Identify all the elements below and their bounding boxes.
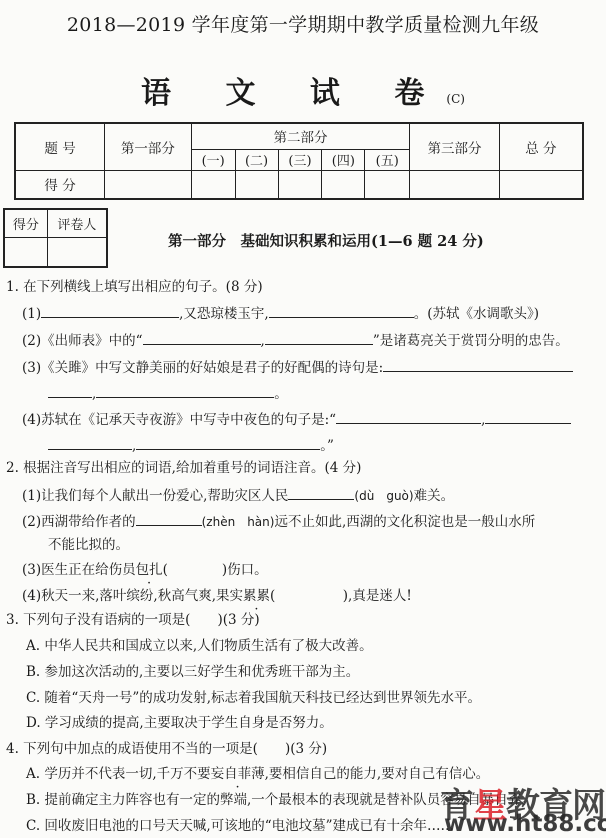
q1-s4-blank1[interactable] bbox=[336, 409, 481, 424]
score-cell-total[interactable] bbox=[499, 170, 583, 199]
q2-s4-text: (4)秋天一来,落叶缤纷,秋高气爽,果实 bbox=[22, 588, 243, 604]
q1-s1-blank1[interactable] bbox=[41, 303, 179, 318]
q1-stem: 1. 在下列横线上填写出相应的句子。(8 分) bbox=[6, 278, 263, 296]
q1-s4-end: 。” bbox=[320, 438, 334, 454]
q1-line4b: ,。” bbox=[48, 435, 334, 455]
q1-s2-label: (2)《出师表》中的“ bbox=[22, 333, 143, 349]
q1-s1-text: ,又恐琼楼玉宇, bbox=[179, 306, 269, 322]
q1-s4-blank3[interactable] bbox=[48, 435, 132, 450]
score-cell-part2-5[interactable] bbox=[365, 170, 410, 199]
q3-option-d[interactable]: D. 学习成绩的提高,主要取决于学生自身是否努力。 bbox=[26, 714, 333, 732]
q2-s2-pinyin: (zhèn hàn) bbox=[202, 515, 275, 529]
q2-line2b: 不能比拟的。 bbox=[48, 536, 129, 554]
q2-s2-blank[interactable] bbox=[136, 511, 202, 526]
header-part2-sub1: (一) bbox=[191, 149, 235, 170]
q1-line3b: ,。 bbox=[48, 383, 288, 403]
header-part3: 第三部分 bbox=[410, 123, 500, 170]
q1-s3-label: (3)《关雎》中写文静美丽的好姑娘是君子的好配偶的诗句是: bbox=[22, 360, 383, 376]
q1-s2-blank2[interactable] bbox=[265, 330, 373, 345]
q4-option-c[interactable]: C. 回收废旧电池的口号天天喊,可该地的“电池坟墓”建成已有十余年…… bbox=[26, 817, 454, 835]
q1-line2: (2)《出师表》中的“,”是诸葛亮关于赏罚分明的忠告。 bbox=[22, 330, 569, 350]
row-label-score: 得 分 bbox=[15, 170, 105, 199]
q1-s4-blank4[interactable] bbox=[136, 435, 320, 450]
q1-line4: (4)苏轼在《记承天寺夜游》中写寺中夜色的句子是:“, bbox=[22, 409, 571, 429]
q1-s4-label: (4)苏轼在《记承天寺夜游》中写寺中夜色的句子是:“ bbox=[22, 412, 336, 428]
q2-s1-blank[interactable] bbox=[288, 485, 354, 500]
score-cell-part2-4[interactable] bbox=[322, 170, 365, 199]
watermark-url: www.ht88.com bbox=[444, 811, 606, 837]
q1-s1-blank2[interactable] bbox=[269, 303, 414, 318]
score-cell-part2-1[interactable] bbox=[191, 170, 235, 199]
header-part2-sub3: (三) bbox=[278, 149, 322, 170]
header-part1: 第一部分 bbox=[105, 123, 192, 170]
q1-s3-end: 。 bbox=[274, 386, 288, 402]
q2-line1: (1)让我们每个人献出一份爱心,帮助灾区人民(dù guò)难关。 bbox=[22, 485, 454, 505]
q3-option-b[interactable]: B. 参加这次活动的,主要以三好学生和优秀班干部为主。 bbox=[26, 663, 359, 681]
q2-s4-end: ( ),真是迷人! bbox=[270, 588, 412, 604]
q1-s3-blank3[interactable] bbox=[96, 383, 274, 398]
q1-s3-blank2[interactable] bbox=[48, 383, 92, 398]
q3-option-a[interactable]: A. 中华人民共和国成立以来,人们物质生活有了极大改善。 bbox=[26, 637, 373, 655]
exam-title: 语 文 试 卷(C) bbox=[0, 68, 606, 112]
q2-stem: 2. 根据注音写出相应的词语,给加着重号的词语注音。(4 分) bbox=[6, 459, 361, 477]
watermark: 育星教育网 www.ht88.com bbox=[440, 778, 606, 838]
q2-s1-text: (1)让我们每个人献出一份爱心,帮助灾区人民 bbox=[22, 488, 288, 504]
q2-line4: (4)秋天一来,落叶缤纷,秋高气爽,果实累累( ),真是迷人! bbox=[22, 587, 412, 605]
q1-s1-label: (1) bbox=[22, 306, 41, 322]
q2-s1-end: 难关。 bbox=[414, 488, 455, 504]
q1-line1: (1),又恐琼楼玉宇,。(苏轼《水调歌头》) bbox=[22, 303, 539, 323]
grader-name-label: 评卷人 bbox=[47, 209, 107, 237]
header-part2-sub4: (四) bbox=[322, 149, 365, 170]
score-cell-part3[interactable] bbox=[410, 170, 500, 199]
score-cell-part1[interactable] bbox=[105, 170, 192, 199]
exam-title-text: 语 文 试 卷 bbox=[141, 76, 446, 111]
score-cell-part2-3[interactable] bbox=[278, 170, 322, 199]
q2-s3-end: ( )伤口。 bbox=[163, 562, 268, 578]
q2-s1-pinyin: (dù guò) bbox=[354, 489, 413, 503]
section-title: 第一部分 基础知识积累和运用(1—6 题 24 分) bbox=[168, 230, 484, 251]
q4-option-a[interactable]: A. 学历并不代表一切,千万不要妄自菲薄,要相信自己的能力,要对自己有信心。 bbox=[26, 765, 489, 783]
q2-s3-text: (3)医生正在给伤员 bbox=[22, 562, 136, 578]
header-part2: 第二部分 bbox=[191, 123, 409, 149]
q2-s3-emphasis: 包扎 bbox=[136, 562, 163, 578]
q1-line3: (3)《关雎》中写文静美丽的好姑娘是君子的好配偶的诗句是: bbox=[22, 357, 573, 377]
q3-stem: 3. 下列句子没有语病的一项是( )(3 分) bbox=[6, 611, 260, 629]
row-label-question-number: 题 号 bbox=[15, 123, 105, 170]
score-cell-part2-2[interactable] bbox=[235, 170, 278, 199]
exam-name: 2018—2019 学年度第一学期期中教学质量检测九年级 bbox=[0, 10, 606, 37]
header-total: 总 分 bbox=[499, 123, 583, 170]
q3-option-c[interactable]: C. 随着“天舟一号”的成功发射,标志着我国航天科技已经达到世界领先水平。 bbox=[26, 689, 481, 707]
score-table: 题 号 第一部分 第二部分 第三部分 总 分 (一) (二) (三) (四) (… bbox=[14, 122, 584, 200]
q1-s2-blank1[interactable] bbox=[143, 330, 261, 345]
grader-name-cell[interactable] bbox=[47, 237, 107, 267]
grader-score-label: 得分 bbox=[4, 209, 47, 237]
grader-box: 得分 评卷人 bbox=[3, 208, 108, 268]
header-part2-sub2: (二) bbox=[235, 149, 278, 170]
q4-a-text1: A. 学历并不代表一切,千万不要 bbox=[26, 766, 211, 782]
q4-a-emphasis: 妄自菲薄 bbox=[211, 766, 265, 782]
exam-version: (C) bbox=[446, 92, 465, 106]
header-part2-sub5: (五) bbox=[365, 149, 410, 170]
q1-s4-blank2[interactable] bbox=[485, 409, 571, 424]
q1-s1-source: 。(苏轼《水调歌头》) bbox=[414, 306, 539, 322]
q4-stem: 4. 下列句中加点的成语使用不当的一项是( )(3 分) bbox=[6, 740, 327, 758]
q2-line2: (2)西湖带给作者的(zhèn hàn)远不止如此,西湖的文化积淀也是一般山水所 bbox=[22, 511, 535, 531]
q2-line3: (3)医生正在给伤员包扎( )伤口。 bbox=[22, 561, 268, 579]
q2-s4-emphasis: 累累 bbox=[243, 588, 270, 604]
grader-score-cell[interactable] bbox=[4, 237, 47, 267]
q1-s3-blank1[interactable] bbox=[383, 357, 573, 372]
q2-s2-text: (2)西湖带给作者的 bbox=[22, 514, 136, 530]
q1-s2-text: ”是诸葛亮关于赏罚分明的忠告。 bbox=[373, 333, 569, 349]
q2-s2-text2: 远不止如此,西湖的文化积淀也是一般山水所 bbox=[274, 514, 535, 530]
